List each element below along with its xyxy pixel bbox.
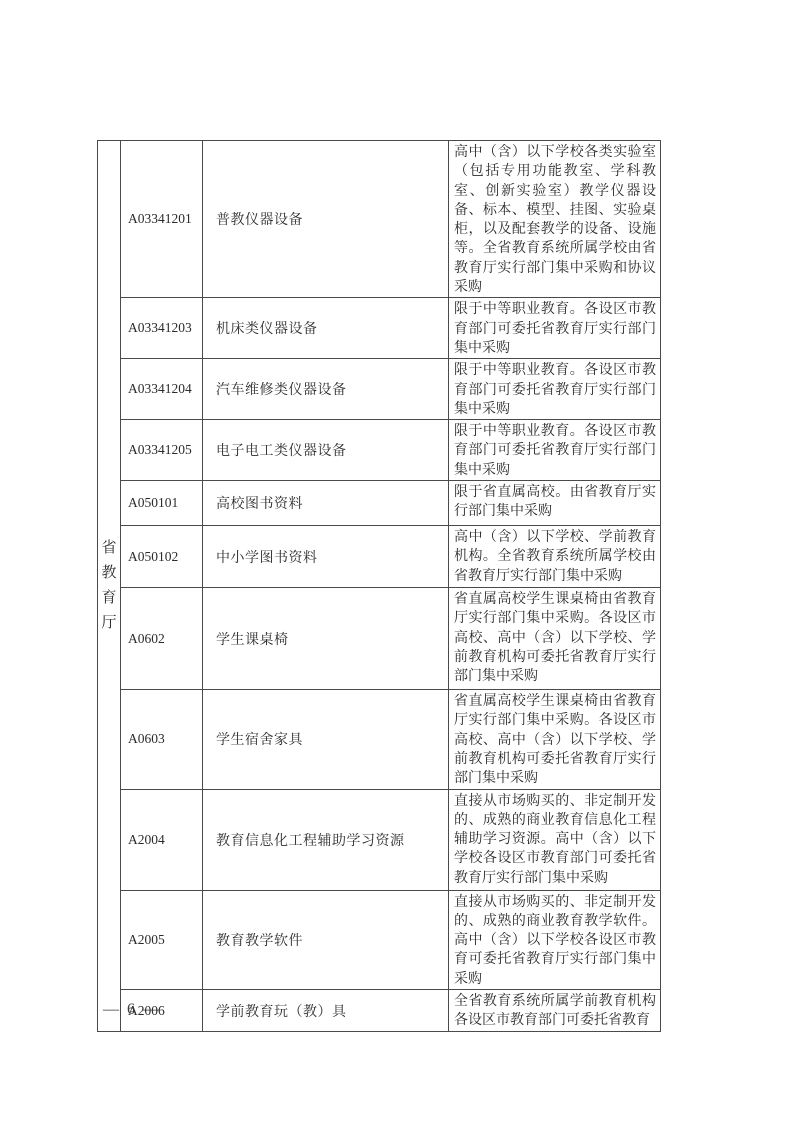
item-name-cell: 学生课桌椅 — [203, 588, 449, 690]
item-name-cell: 汽车维修类仪器设备 — [203, 359, 449, 420]
document-page: { "document": { "page_number": "— 6 —", … — [0, 0, 794, 1122]
description-cell: 省直属高校学生课桌椅由省教育厅实行部门集中采购。各设区市高校、高中（含）以下学校… — [449, 588, 661, 690]
code-cell: A2005 — [121, 890, 203, 989]
table-row: A0603 学生宿舍家具 省直属高校学生课桌椅由省教育厅实行部门集中采购。各设区… — [98, 690, 661, 789]
table-row: A0602 学生课桌椅 省直属高校学生课桌椅由省教育厅实行部门集中采购。各设区市… — [98, 588, 661, 690]
agency-cell: 省教育厅 — [98, 141, 121, 1032]
code-cell: A0602 — [121, 588, 203, 690]
code-cell: A03341203 — [121, 298, 203, 359]
table-row: A050101 高校图书资料 限于省直属高校。由省教育厅实行部门集中采购 — [98, 481, 661, 526]
code-cell: A03341201 — [121, 141, 203, 298]
table-row: A03341205 电子电工类仪器设备 限于中等职业教育。各设区市教育部门可委托… — [98, 420, 661, 481]
code-cell: A2004 — [121, 789, 203, 890]
table-row: A2004 教育信息化工程辅助学习资源 直接从市场购买的、非定制开发的、成熟的商… — [98, 789, 661, 890]
table-row: 省教育厅 A03341201 普教仪器设备 高中（含）以下学校各类实验室（包括专… — [98, 141, 661, 298]
code-cell: A03341204 — [121, 359, 203, 420]
item-name-cell: 机床类仪器设备 — [203, 298, 449, 359]
table-row: A03341203 机床类仪器设备 限于中等职业教育。各设区市教育部门可委托省教… — [98, 298, 661, 359]
description-cell: 限于中等职业教育。各设区市教育部门可委托省教育厅实行部门集中采购 — [449, 359, 661, 420]
code-cell: A03341205 — [121, 420, 203, 481]
code-cell: A0603 — [121, 690, 203, 789]
description-cell: 直接从市场购买的、非定制开发的、成熟的商业教育信息化工程辅助学习资源。高中（含）… — [449, 789, 661, 890]
item-name-cell: 中小学图书资料 — [203, 526, 449, 588]
item-name-cell: 高校图书资料 — [203, 481, 449, 526]
code-cell: A050102 — [121, 526, 203, 588]
table-row: A2006 学前教育玩（教）具 全省教育系统所属学前教育机构各设区市教育部门可委… — [98, 990, 661, 1032]
procurement-catalog-table: 省教育厅 A03341201 普教仪器设备 高中（含）以下学校各类实验室（包括专… — [97, 140, 661, 1032]
procurement-table-wrapper: 省教育厅 A03341201 普教仪器设备 高中（含）以下学校各类实验室（包括专… — [97, 140, 660, 1032]
description-cell: 全省教育系统所属学前教育机构各设区市教育部门可委托省教育 — [449, 990, 661, 1032]
description-cell: 限于中等职业教育。各设区市教育部门可委托省教育厅实行部门集中采购 — [449, 420, 661, 481]
table-row: A03341204 汽车维修类仪器设备 限于中等职业教育。各设区市教育部门可委托… — [98, 359, 661, 420]
item-name-cell: 学生宿舍家具 — [203, 690, 449, 789]
description-cell: 直接从市场购买的、非定制开发的、成熟的商业教育教学软件。高中（含）以下学校各设区… — [449, 890, 661, 989]
item-name-cell: 电子电工类仪器设备 — [203, 420, 449, 481]
description-cell: 省直属高校学生课桌椅由省教育厅实行部门集中采购。各设区市高校、高中（含）以下学校… — [449, 690, 661, 789]
item-name-cell: 教育信息化工程辅助学习资源 — [203, 789, 449, 890]
description-cell: 高中（含）以下学校、学前教育机构。全省教育系统所属学校由省教育厅实行部门集中采购 — [449, 526, 661, 588]
code-cell: A050101 — [121, 481, 203, 526]
table-row: A2005 教育教学软件 直接从市场购买的、非定制开发的、成熟的商业教育教学软件… — [98, 890, 661, 989]
description-cell: 高中（含）以下学校各类实验室（包括专用功能教室、学科教室、创新实验室）教学仪器设… — [449, 141, 661, 298]
table-row: A050102 中小学图书资料 高中（含）以下学校、学前教育机构。全省教育系统所… — [98, 526, 661, 588]
page-number: — 6 — — [103, 1001, 161, 1019]
item-name-cell: 教育教学软件 — [203, 890, 449, 989]
description-cell: 限于省直属高校。由省教育厅实行部门集中采购 — [449, 481, 661, 526]
item-name-cell: 普教仪器设备 — [203, 141, 449, 298]
item-name-cell: 学前教育玩（教）具 — [203, 990, 449, 1032]
description-cell: 限于中等职业教育。各设区市教育部门可委托省教育厅实行部门集中采购 — [449, 298, 661, 359]
